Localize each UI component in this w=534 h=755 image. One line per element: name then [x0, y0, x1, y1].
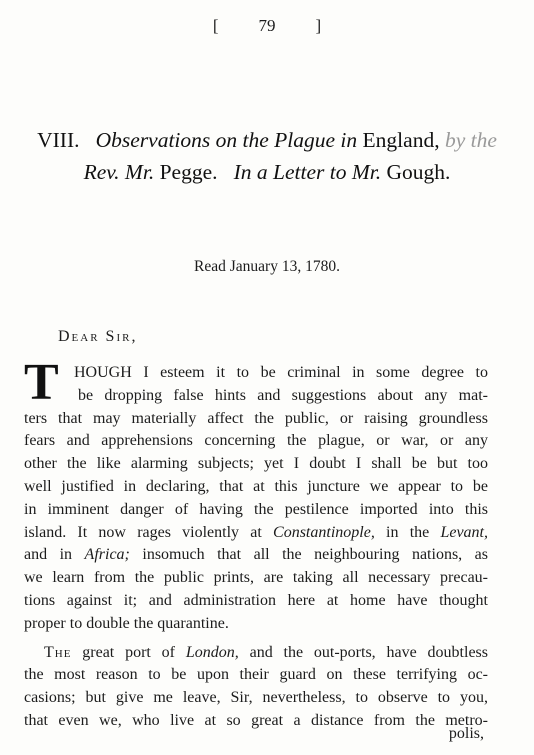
- drop-cap: T: [24, 359, 59, 407]
- text-line: ters that may materially affect the publ…: [24, 408, 488, 431]
- text-line: in imminent danger of having the pestile…: [24, 499, 488, 522]
- salutation: Dear Sir,: [58, 328, 137, 346]
- text-segment: and the out-ports, have doubtless: [239, 644, 488, 661]
- place-london: London,: [186, 644, 239, 661]
- read-date: Read January 13, 1780.: [0, 258, 534, 276]
- text-line: the most reason to be upon their guard o…: [24, 664, 488, 687]
- text-line: well justified in declaring, that at thi…: [24, 476, 488, 499]
- page-header: [79]: [0, 16, 534, 36]
- title-roman-1: England,: [363, 128, 440, 152]
- text-line: tions against it; and administration her…: [24, 590, 488, 613]
- place-levant: Levant,: [440, 524, 488, 541]
- text-segment: great port of: [71, 644, 185, 661]
- bracket-left: [: [213, 16, 219, 35]
- title-line-1: VIII. Observations on the Plague in Engl…: [0, 124, 534, 156]
- place-constantinople: Constantinople,: [273, 524, 375, 541]
- article-title: VIII. Observations on the Plague in Engl…: [0, 124, 534, 188]
- title-italic-3: In a Letter to Mr.: [234, 160, 382, 184]
- text-segment: and in: [24, 546, 72, 563]
- title-tail: by the: [445, 128, 497, 152]
- paragraph-1: T HOUGH I esteem it to be criminal in so…: [24, 362, 488, 636]
- title-italic-2: Rev. Mr.: [84, 160, 155, 184]
- text-line: be dropping false hints and suggestions …: [24, 385, 488, 408]
- bracket-right: ]: [316, 16, 322, 35]
- place-africa: Africa;: [85, 546, 130, 563]
- recipient-name: Gough.: [387, 160, 451, 184]
- text-line: HOUGH I esteem it to be criminal in some…: [24, 362, 488, 385]
- author-name: Pegge.: [160, 160, 218, 184]
- article-numeral: VIII.: [37, 128, 79, 152]
- text-line: island. It now rages violently at Consta…: [24, 522, 488, 545]
- text-line: casions; but give me leave, Sir, neverth…: [24, 687, 488, 710]
- text-line: we learn from the public prints, are tak…: [24, 567, 488, 590]
- title-italic-1: Observations on the Plague in: [96, 128, 358, 152]
- text-segment: insomuch that all the neighbouring natio…: [130, 546, 488, 563]
- paragraph-2: The great port of London, and the out-po…: [24, 642, 488, 733]
- title-line-2: Rev. Mr. Pegge. In a Letter to Mr. Gough…: [0, 156, 534, 188]
- letter-body: T HOUGH I esteem it to be criminal in so…: [24, 362, 488, 733]
- text-line: The great port of London, and the out-po…: [24, 642, 488, 665]
- text-segment: island. It now rages violently at: [24, 524, 262, 541]
- page-number: 79: [259, 16, 276, 35]
- text-segment: in the: [375, 524, 441, 541]
- text-line: other the like alarming subjects; yet I …: [24, 453, 488, 476]
- text-line: fears and apprehensions concerning the p…: [24, 430, 488, 453]
- lead-word: The: [44, 644, 71, 661]
- text-line: that even we, who live at so great a dis…: [24, 710, 488, 733]
- catchword: polis,: [449, 725, 484, 743]
- text-line: proper to double the quarantine.: [24, 613, 488, 636]
- text-line: and in Africa; insomuch that all the nei…: [24, 544, 488, 567]
